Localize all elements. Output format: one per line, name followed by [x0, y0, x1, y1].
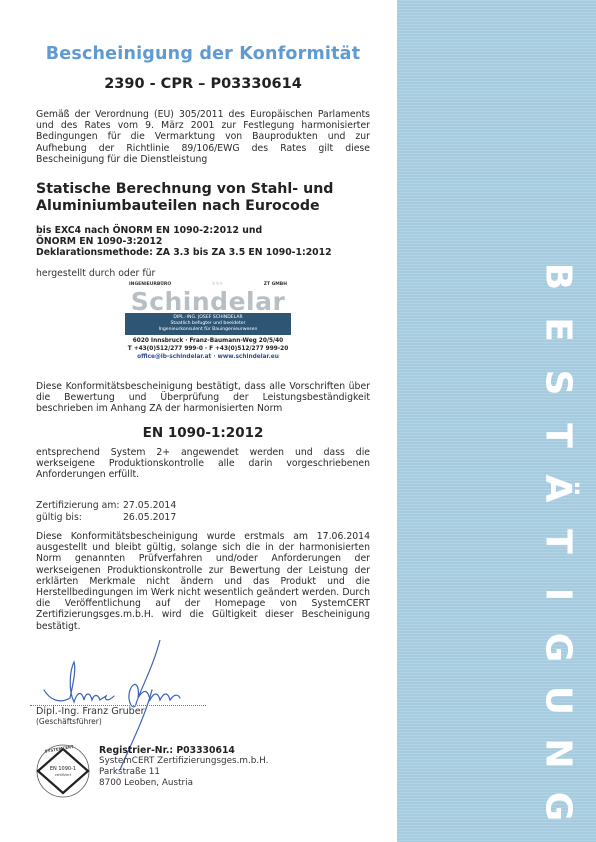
validity-paragraph: Diese Konformitätsbescheinigung wurde er…	[36, 531, 370, 632]
validity-line: erklärten Merkmale nicht ändern und das …	[36, 576, 370, 587]
intro-line: Bescheinigung für die Dienstleistung	[36, 154, 370, 165]
sidebar-letter: G	[532, 787, 585, 827]
signatory-role: (Geschäftsführer)	[36, 717, 102, 726]
logo-address-line: 6020 Innsbruck · Franz-Baumann-Weg 20/5/…	[125, 338, 291, 346]
date-label: gültig bis:	[36, 512, 123, 524]
validity-line: bestätigt.	[36, 621, 370, 632]
registration-block: Registrier-Nr.: P03330614 SystemCERT Zer…	[99, 745, 268, 789]
sidebar-letter: E	[532, 310, 585, 350]
valid-until-row: gültig bis:26.05.2017	[36, 512, 176, 524]
validity-line: Norm genannten Prüfverfahren und/oder An…	[36, 553, 370, 564]
sidebar-letter: N	[532, 734, 585, 774]
confirmation-line: Diese Konformitätsbescheinigung bestätig…	[36, 381, 370, 392]
intro-paragraph: Gemäß der Verordnung (EU) 305/2011 des E…	[36, 109, 370, 165]
intro-line: Gemäß der Verordnung (EU) 305/2011 des E…	[36, 109, 370, 120]
registration-number: Registrier-Nr.: P03330614	[99, 745, 268, 756]
harmonised-norm: EN 1090-1:2012	[36, 425, 370, 441]
validity-line: Diese Konformitätsbescheinigung wurde er…	[36, 531, 370, 542]
validity-line: die Veröffentlichung auf der Homepage vo…	[36, 598, 370, 609]
seal-center-text: EN 1090-1	[50, 766, 76, 772]
logo-address-line: office@ib-schindelar.at · www.schindelar…	[125, 354, 291, 362]
logo-band-line: Ingenieurkonsulent für Bauingenieurwesen	[125, 327, 291, 333]
intro-line: und des Rates vom 9. März 2001 zur Festl…	[36, 120, 370, 131]
intro-line: Aufhebung der Richtlinie 89/106/EWG des …	[36, 143, 370, 154]
sidebar-vertical-title: BESTÄTIGUNG	[538, 250, 578, 833]
issuer-street: Parkstraße 11	[99, 767, 268, 778]
issuer-company: SystemCERT Zertifizierungsges.m.b.H.	[99, 756, 268, 767]
date-value: 27.05.2014	[123, 500, 176, 511]
document-title: Bescheinigung der Konformität	[36, 44, 370, 64]
scope-line: Deklarationsmethode: ZA 3.3 bis ZA 3.5 E…	[36, 247, 370, 258]
scope-line: bis EXC4 nach ÖNORM EN 1090-2:2012 und	[36, 225, 370, 236]
company-logo: INGENIEURBÜRO ✲✲✲ ZT GMBH Schindelar DIP…	[125, 282, 291, 366]
scope-line: ÖNORM EN 1090-3:2012	[36, 236, 370, 247]
sidebar-letter: Ä	[532, 469, 585, 509]
logo-emblem-icon: ✲✲✲	[212, 282, 223, 290]
system-paragraph: entsprechend System 2+ angewendet werden…	[36, 447, 370, 481]
certification-dates: Zertifizierung am:27.05.2014 gültig bis:…	[36, 500, 176, 523]
scope-block: bis EXC4 nach ÖNORM EN 1090-2:2012 und Ö…	[36, 225, 370, 258]
service-subject: Statische Berechnung von Stahl- und Alum…	[36, 181, 370, 215]
sidebar-letter: T	[532, 522, 585, 562]
sidebar-letter: B	[532, 257, 585, 297]
validity-line: werkseigenen Produktionskontrolle zur Be…	[36, 565, 370, 576]
sidebar-letter: I	[532, 575, 585, 615]
logo-top-left: INGENIEURBÜRO	[129, 282, 171, 290]
confirmation-line: die Bewertung und Überprüfung der Leistu…	[36, 392, 370, 403]
certificate-number: 2390 - CPR – P03330614	[36, 76, 370, 92]
validity-line: Herstellbedingungen im Werk nicht wesent…	[36, 587, 370, 598]
logo-address-line: T +43(0)512/277 999-0 · F +43(0)512/277 …	[125, 346, 291, 354]
issuer-city: 8700 Leoben, Austria	[99, 778, 268, 789]
subject-line: Aluminiumbauteilen nach Eurocode	[36, 198, 370, 215]
intro-line: Bedingungen für die Vermarktung von Baup…	[36, 131, 370, 142]
logo-name: Schindelar	[125, 290, 291, 312]
certification-date-row: Zertifizierung am:27.05.2014	[36, 500, 176, 512]
confirmation-paragraph: Diese Konformitätsbescheinigung bestätig…	[36, 381, 370, 415]
system-line: entsprechend System 2+ angewendet werden…	[36, 447, 370, 458]
system-line: werkseigene Produktionskontrolle alle da…	[36, 458, 370, 469]
sidebar-letter: S	[532, 363, 585, 403]
validity-line: ausgestellt und bleibt gültig, solange s…	[36, 542, 370, 553]
signatory-name: Dipl.-Ing. Franz Gruber	[36, 706, 145, 717]
sidebar-letter: U	[532, 681, 585, 721]
sidebar-letter: G	[532, 628, 585, 668]
subject-line: Statische Berechnung von Stahl- und	[36, 181, 370, 198]
validity-line: Zertifizierungsges.m.b.H. wird die Gülti…	[36, 609, 370, 620]
logo-band: DIPL.-ING. JOSEF SCHINDELAR Staatlich be…	[125, 313, 291, 335]
sidebar-letter: T	[532, 416, 585, 456]
logo-top-right: ZT GMBH	[264, 282, 287, 290]
system-line: Anforderungen erfüllt.	[36, 469, 370, 480]
confirmation-line: beschrieben im Anhang ZA der harmonisier…	[36, 403, 370, 414]
logo-address: 6020 Innsbruck · Franz-Baumann-Weg 20/5/…	[125, 338, 291, 361]
seal-sub-text: zertifiziert	[55, 773, 72, 777]
certification-seal-icon: EN 1090-1 zertifiziert SYSTEMCERT	[33, 741, 93, 801]
date-label: Zertifizierung am:	[36, 500, 123, 512]
date-value: 26.05.2017	[123, 512, 176, 523]
manufactured-by-label: hergestellt durch oder für	[36, 268, 155, 279]
